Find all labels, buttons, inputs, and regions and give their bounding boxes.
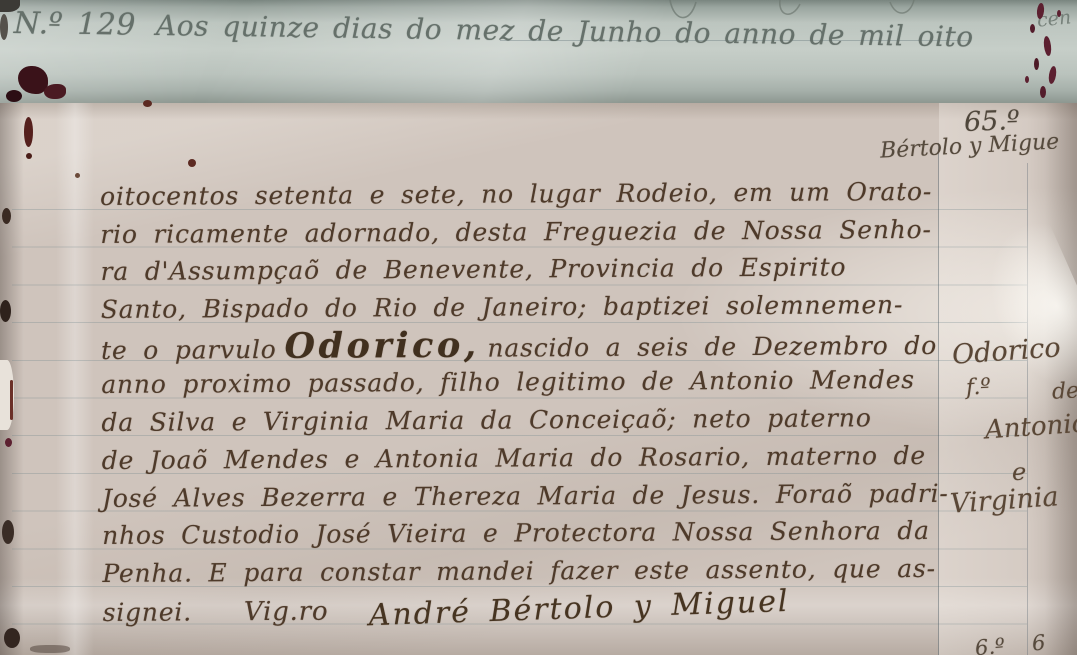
ink-stain: [1030, 24, 1035, 33]
signei-word: signei.: [103, 597, 192, 627]
text-line: rio ricamente adornado, desta Freguezia …: [100, 211, 945, 254]
text-line: ra d'Assumpçaõ de Benevente, Provincia d…: [100, 248, 945, 291]
margin-note-father-name: Antonio: [984, 408, 1077, 445]
text-line: anno proximo passado, filho legitimo de …: [101, 361, 946, 404]
vigario-abbrev: Vig.ro: [244, 596, 329, 627]
ink-stain: [1040, 86, 1046, 98]
manuscript-photo: N.º 129Aos quinze dias do mez de Junho d…: [0, 0, 1077, 655]
text-line: nhos Custodio José Vieira e Protectora N…: [102, 512, 947, 555]
paper-damage: [44, 84, 66, 99]
ink-stain: [1043, 36, 1052, 57]
line5-suffix: nascido a seis de Dezembro do: [487, 331, 937, 363]
ink-stain: [188, 159, 196, 167]
paper-damage: [4, 628, 20, 648]
ink-stain: [5, 438, 12, 447]
paper-damage: [30, 645, 70, 653]
ink-stain: [143, 100, 152, 107]
ink-stain: [75, 173, 80, 178]
ink-stain: [1048, 66, 1058, 85]
bottom-margin-fragment: 6.º: [974, 634, 1006, 655]
margin-note-e: e: [1012, 458, 1026, 486]
margin-note-de: de: [1051, 378, 1077, 404]
text-line-baptized-name: te o parvuloOdorico,nascido a seis de De…: [101, 324, 946, 367]
ink-stain: [26, 153, 32, 159]
line5-prefix: te o parvulo: [101, 335, 277, 365]
text-line: da Silva e Virginia Maria da Conceiçaõ; …: [101, 399, 946, 442]
ink-stain: [1034, 58, 1039, 70]
margin-note-filho: f.º: [965, 374, 991, 400]
paper-damage: [2, 208, 11, 224]
record-text: oitocentos setenta e sete, no lugar Rode…: [100, 173, 948, 630]
paper-damage: [2, 520, 14, 544]
text-line: José Alves Bezerra e Thereza Maria de Je…: [102, 474, 947, 517]
bottom-margin-fragment: 6: [1031, 630, 1046, 655]
text-line: Penha. E para constar mandei fazer este …: [102, 550, 947, 593]
register-page: oitocentos setenta e sete, no lugar Rode…: [0, 103, 1077, 655]
text-line: Santo, Bispado do Rio de Janeiro; baptiz…: [101, 286, 946, 329]
ink-stain: [1057, 10, 1061, 17]
ink-stain: [10, 380, 13, 420]
record-number: N.º 129: [14, 6, 137, 43]
header-strip: N.º 129Aos quinze dias do mez de Junho d…: [0, 0, 1077, 103]
text-line: oitocentos setenta e sete, no lugar Rode…: [100, 173, 945, 216]
baptized-name: Odorico,: [284, 324, 479, 366]
ink-stain: [1025, 76, 1029, 83]
ink-stain: [24, 117, 33, 147]
text-line: de Joaõ Mendes e Antonia Maria do Rosari…: [102, 437, 947, 480]
signature-line: signei.Vig.roAndré Bértolo y Miguel: [103, 587, 948, 630]
paper-damage: [0, 300, 11, 322]
paper-damage: [0, 14, 8, 40]
paper-damage: [6, 90, 22, 102]
